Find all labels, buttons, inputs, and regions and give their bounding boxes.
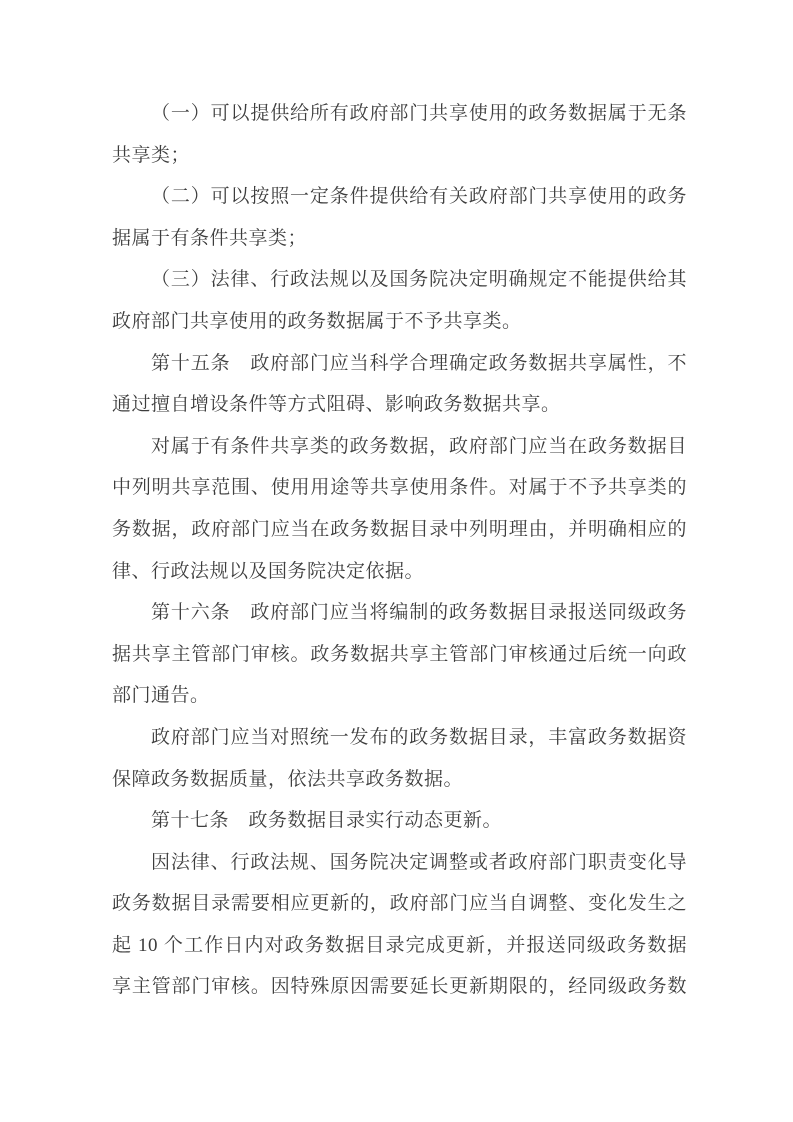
text-line: 对属于有条件共享类的政务数据，政府部门应当在政务数据目录 (112, 426, 687, 468)
text-line: （三）法律、行政法规以及国务院决定明确规定不能提供给其他 (112, 259, 687, 301)
text-line: 享主管部门审核。因特殊原因需要延长更新期限的，经同级政务数据 (112, 966, 687, 1008)
text-line: 务数据，政府部门应当在政务数据目录中列明理由，并明确相应的法 (112, 509, 687, 551)
text-line: 据属于有条件共享类； (112, 218, 687, 260)
text-line: 第十六条 政府部门应当将编制的政务数据目录报送同级政务数 (112, 592, 687, 634)
text-line: （一）可以提供给所有政府部门共享使用的政务数据属于无条件 (112, 93, 687, 135)
text-line: 政府部门应当对照统一发布的政务数据目录，丰富政务数据资源， (112, 717, 687, 759)
text-line: 共享类； (112, 135, 687, 177)
text-line: 政府部门共享使用的政务数据属于不予共享类。 (112, 301, 687, 343)
text-line: 律、行政法规以及国务院决定依据。 (112, 551, 687, 593)
text-line: 据共享主管部门审核。政务数据共享主管部门审核通过后统一向政府 (112, 634, 687, 676)
document-page: （一）可以提供给所有政府部门共享使用的政务数据属于无条件共享类；（二）可以按照一… (0, 0, 793, 1122)
text-line: 政务数据目录需要相应更新的，政府部门应当自调整、变化发生之日 (112, 883, 687, 925)
text-line: 起 10 个工作日内对政务数据目录完成更新，并报送同级政务数据共 (112, 925, 687, 967)
text-line: 保障政务数据质量，依法共享政务数据。 (112, 759, 687, 801)
document-body: （一）可以提供给所有政府部门共享使用的政务数据属于无条件共享类；（二）可以按照一… (112, 93, 687, 1008)
text-line: 第十五条 政府部门应当科学合理确定政务数据共享属性，不得 (112, 343, 687, 385)
text-line: （二）可以按照一定条件提供给有关政府部门共享使用的政务数 (112, 176, 687, 218)
text-line: 中列明共享范围、使用用途等共享使用条件。对属于不予共享类的政 (112, 467, 687, 509)
text-line: 通过擅自增设条件等方式阻碍、影响政务数据共享。 (112, 384, 687, 426)
text-line: 因法律、行政法规、国务院决定调整或者政府部门职责变化导致 (112, 842, 687, 884)
text-line: 部门通告。 (112, 675, 687, 717)
text-line: 第十七条 政务数据目录实行动态更新。 (112, 800, 687, 842)
